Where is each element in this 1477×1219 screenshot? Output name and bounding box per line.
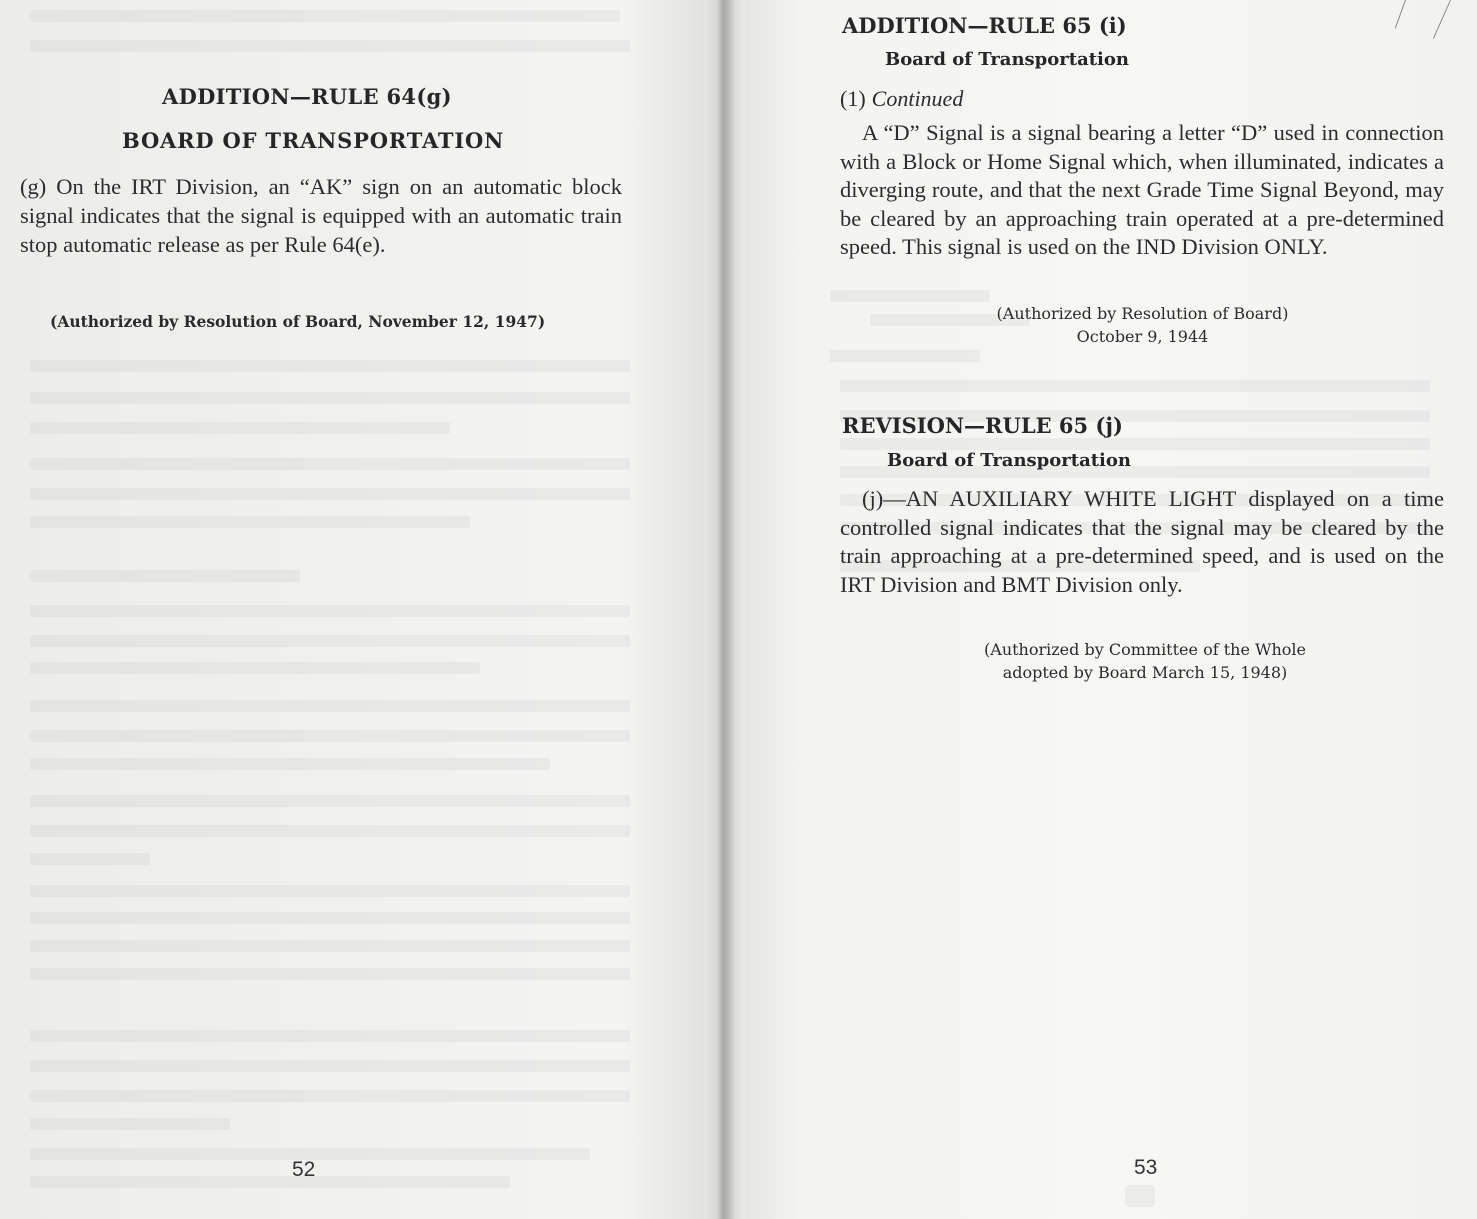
continued-marker: (1) — [840, 86, 866, 111]
rule-body-text: A “D” Signal is a signal bearing a lette… — [840, 120, 1444, 259]
rule-body: A “D” Signal is a signal bearing a lette… — [840, 119, 1444, 262]
page-number: 53 — [1134, 1156, 1157, 1180]
left-page: ADDITION—RULE 64(g) BOARD OF TRANSPORTAT… — [0, 0, 705, 1219]
rule-body: (j)—AN AUXILIARY WHITE LIGHT displayed o… — [840, 485, 1444, 599]
rule-subtitle: Board of Transportation — [887, 450, 1131, 471]
authorization-date: October 9, 1944 — [960, 325, 1325, 348]
book-gutter — [705, 0, 745, 1219]
authorization-line: (Authorized by Resolution of Board) — [960, 302, 1325, 325]
rule-body-text: (j)—AN AUXILIARY WHITE LIGHT displayed o… — [840, 486, 1444, 597]
rule-subtitle: Board of Transportation — [885, 49, 1129, 70]
rule-body: (g) On the IRT Division, an “AK” sign on… — [20, 172, 622, 259]
rule-subtitle: BOARD OF TRANSPORTATION — [122, 128, 504, 153]
rule-title: ADDITION—RULE 65 (i) — [842, 13, 1127, 38]
continued-label: (1)Continued — [840, 86, 963, 112]
authorization-note: (Authorized by Resolution of Board, Nove… — [50, 312, 545, 331]
authorization-note: (Authorized by Committee of the Whole ad… — [945, 638, 1345, 684]
authorization-date: adopted by Board March 15, 1948) — [945, 661, 1345, 684]
continued-text: Continued — [872, 86, 964, 111]
page-number: 52 — [292, 1158, 315, 1182]
rule-title: ADDITION—RULE 64(g) — [162, 84, 452, 109]
rule-title: REVISION—RULE 65 (j) — [842, 413, 1123, 438]
authorization-line: (Authorized by Committee of the Whole — [945, 638, 1345, 661]
authorization-note: (Authorized by Resolution of Board) Octo… — [960, 302, 1325, 348]
